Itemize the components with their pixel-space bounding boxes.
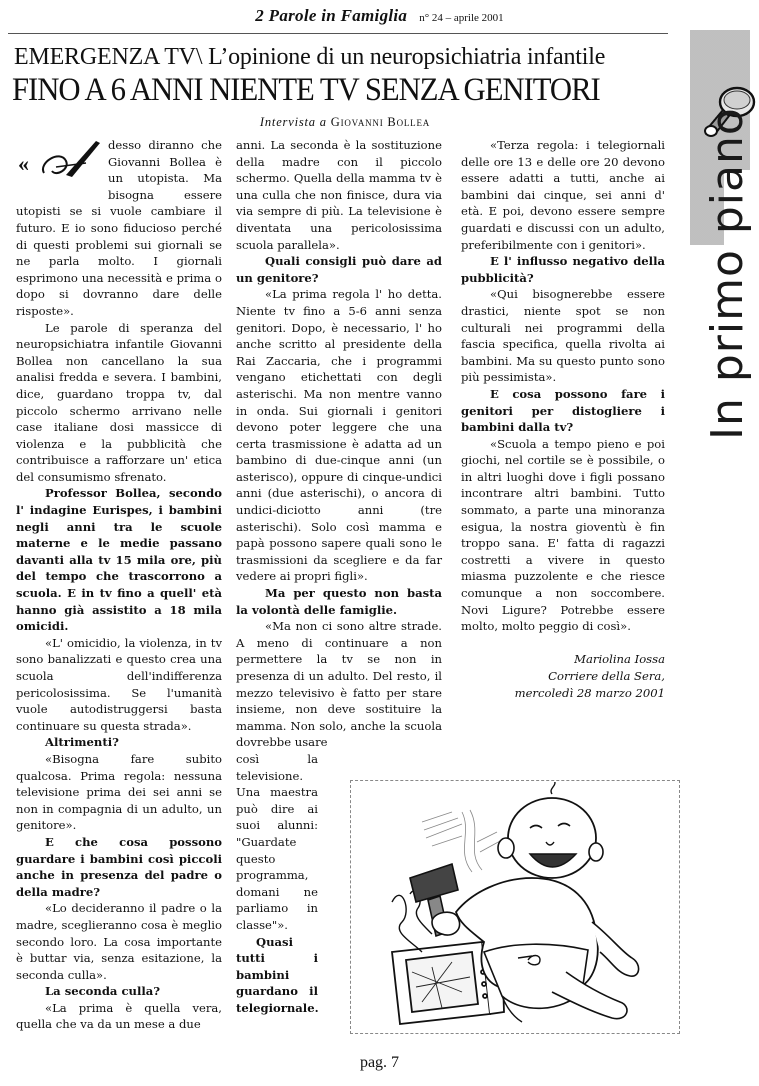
paragraph: «Bisogna fare subito qualcosa. Prima reg… bbox=[16, 751, 222, 834]
question: Ma per questo non basta la volontà delle… bbox=[236, 585, 442, 618]
question: Quali consigli può dare ad un genitore? bbox=[236, 253, 442, 286]
paragraph: Le parole di speranza del neuropsichiatr… bbox=[16, 320, 222, 486]
paragraph: «Qui bisognerebbe essere drastici, nient… bbox=[461, 286, 665, 386]
article-column-3: «Terza regola: i telegiornali delle ore … bbox=[461, 137, 665, 702]
masthead-rule bbox=[8, 33, 668, 34]
article-column-1: « desso diranno che Giovanni Bollea è un… bbox=[16, 137, 222, 1033]
question: E cosa possono fare i genitori per disto… bbox=[461, 386, 665, 436]
question: E che cosa possono guardare i bambini co… bbox=[16, 834, 222, 900]
byline: Intervista a Giovanni Bollea bbox=[0, 115, 690, 130]
question: Altrimenti? bbox=[16, 734, 222, 751]
signature-source: Corriere della Sera, bbox=[461, 668, 665, 685]
paragraph: «L' omicidio, la violenza, in tv sono ba… bbox=[16, 635, 222, 735]
byline-name: Giovanni Bollea bbox=[331, 115, 430, 129]
baby-smashing-tv-illustration bbox=[352, 782, 676, 1030]
issue-info: n° 24 – aprile 2001 bbox=[419, 12, 503, 24]
article-headline: FINO A 6 ANNI NIENTE TV SENZA GENITORI bbox=[12, 72, 600, 109]
paragraph: «Terza regola: i telegiornali delle ore … bbox=[461, 137, 665, 253]
paragraph-continuation: anni. La seconda è la sostituzione della… bbox=[236, 137, 442, 253]
paragraph: «Lo decideranno il padre o la madre, sce… bbox=[16, 900, 222, 983]
paragraph: «Ma non ci sono altre strade. A meno di … bbox=[236, 618, 442, 751]
masthead: 2 Parole in Famiglia n° 24 – aprile 2001 bbox=[0, 6, 759, 28]
publication-title: 2 Parole in Famiglia bbox=[255, 6, 407, 25]
section-label: In primo piano bbox=[702, 107, 753, 440]
paragraph: «Scuola a tempo pieno e poi giochi, nel … bbox=[461, 436, 665, 635]
dropcap: « bbox=[16, 137, 104, 187]
page-number: pag. 7 bbox=[0, 1054, 759, 1072]
question-narrow: Quasi tutti i bambini guardano il telegi… bbox=[236, 934, 318, 1017]
article-kicker: EMERGENZA TV\ L’opinione di un neuropsic… bbox=[14, 44, 605, 71]
paragraph: «La prima è quella vera, quella che va d… bbox=[16, 1000, 222, 1033]
signature: Mariolina Iossa Corriere della Sera, mer… bbox=[461, 651, 665, 702]
paragraph-narrow: così la televisione. Una maestra può dir… bbox=[236, 751, 318, 934]
question: E l' influsso negativo della pubblicità? bbox=[461, 253, 665, 286]
signature-author: Mariolina Iossa bbox=[461, 651, 665, 668]
question: Professor Bollea, secondo l' indagine Eu… bbox=[16, 485, 222, 634]
question: La seconda culla? bbox=[16, 983, 222, 1000]
byline-prefix: Intervista a bbox=[260, 115, 327, 129]
signature-date: mercoledì 28 marzo 2001 bbox=[461, 685, 665, 702]
dropcap-a-icon: « bbox=[16, 137, 104, 187]
svg-text:«: « bbox=[18, 151, 29, 176]
paragraph: «La prima regola l' ho detta. Niente tv … bbox=[236, 286, 442, 585]
